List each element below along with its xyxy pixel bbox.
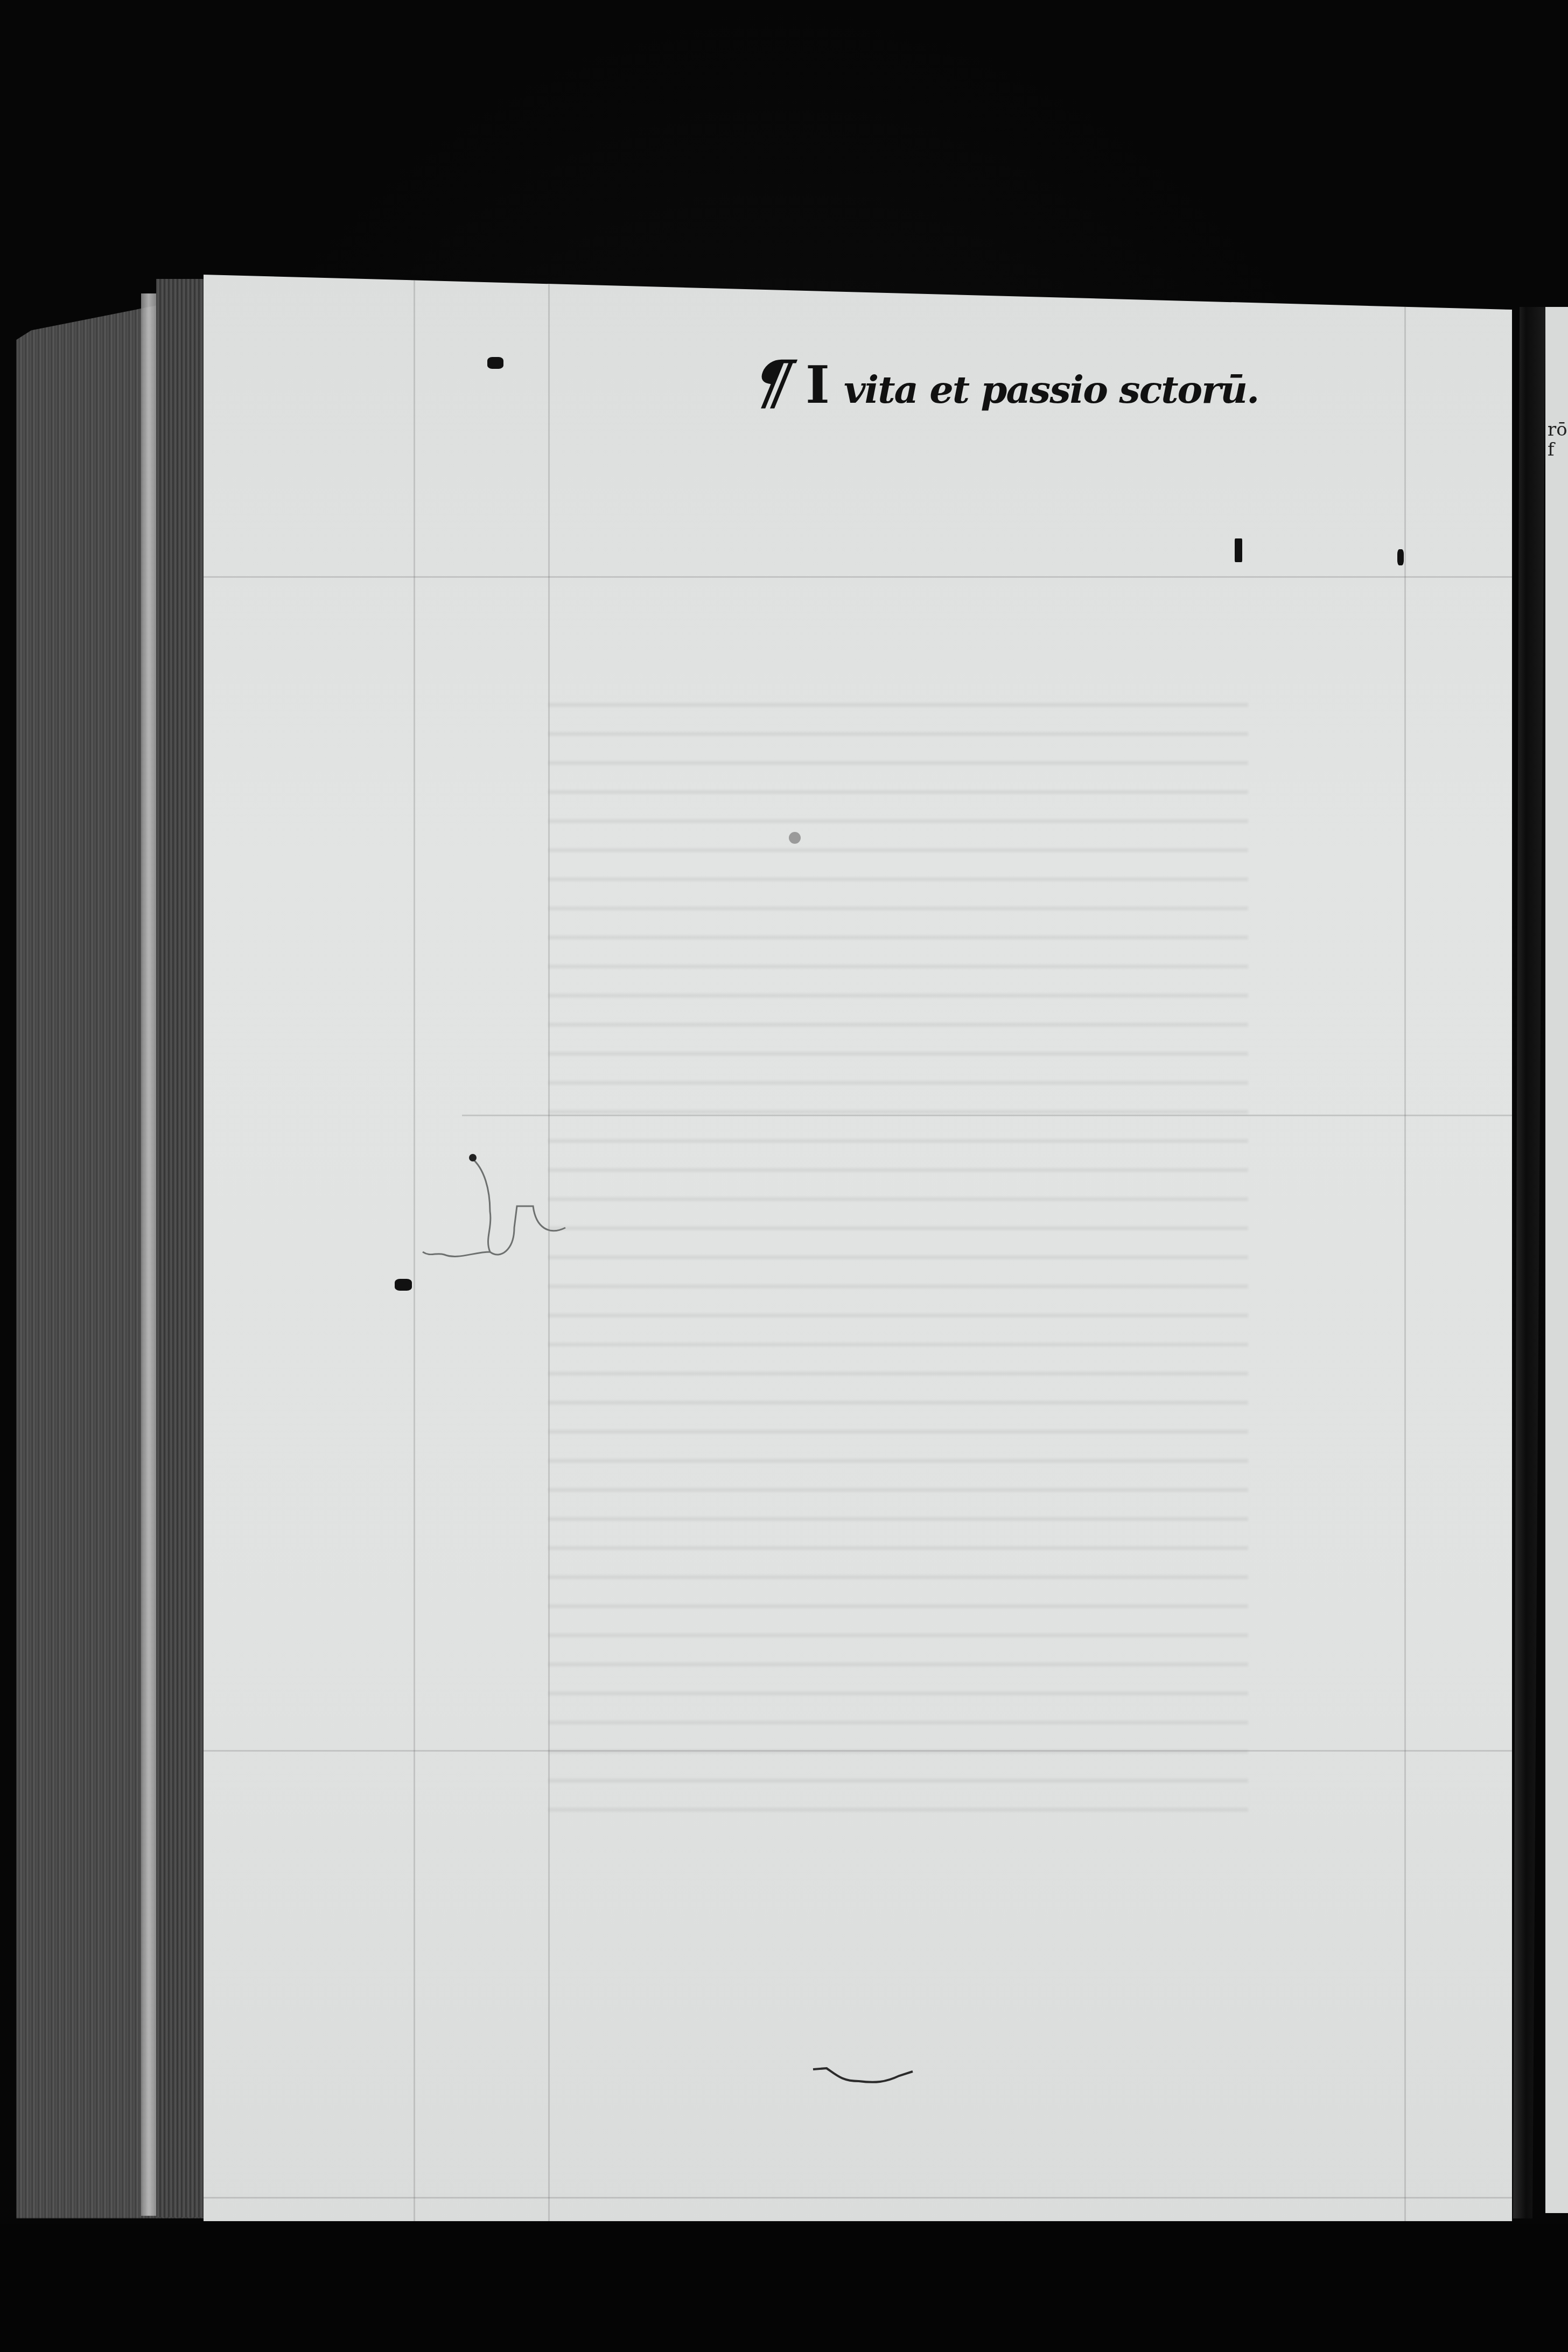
facing-page-edge (1545, 307, 1568, 2213)
ink-blot (395, 1279, 412, 1291)
ruling-line-vertical (1404, 275, 1406, 2221)
book-fore-edge-highlight (141, 293, 156, 2216)
facing-page-text: rō f (1548, 420, 1568, 460)
heading-initial: I (806, 359, 830, 411)
bottom-flourish-icon (810, 2065, 918, 2097)
manuscript-page (204, 275, 1512, 2221)
bottom-dark-area (0, 2224, 1568, 2352)
paragraph-mark-icon: ¶ (747, 353, 797, 412)
ink-mark (1235, 538, 1242, 562)
book-fore-edge-inner (156, 279, 205, 2217)
ink-mark (1397, 549, 1404, 565)
stain-spot (789, 832, 801, 844)
page-heading: ¶ I vita et passio sctorū. (754, 353, 1258, 412)
ruling-line-horizontal (204, 576, 1512, 578)
ink-mark (487, 357, 503, 369)
heading-text: vita et passio sctorū. (844, 371, 1259, 409)
bleed-through-text (548, 684, 1248, 1815)
hair-crack-icon (409, 1147, 582, 1271)
ruling-line-horizontal (204, 2197, 1512, 2199)
